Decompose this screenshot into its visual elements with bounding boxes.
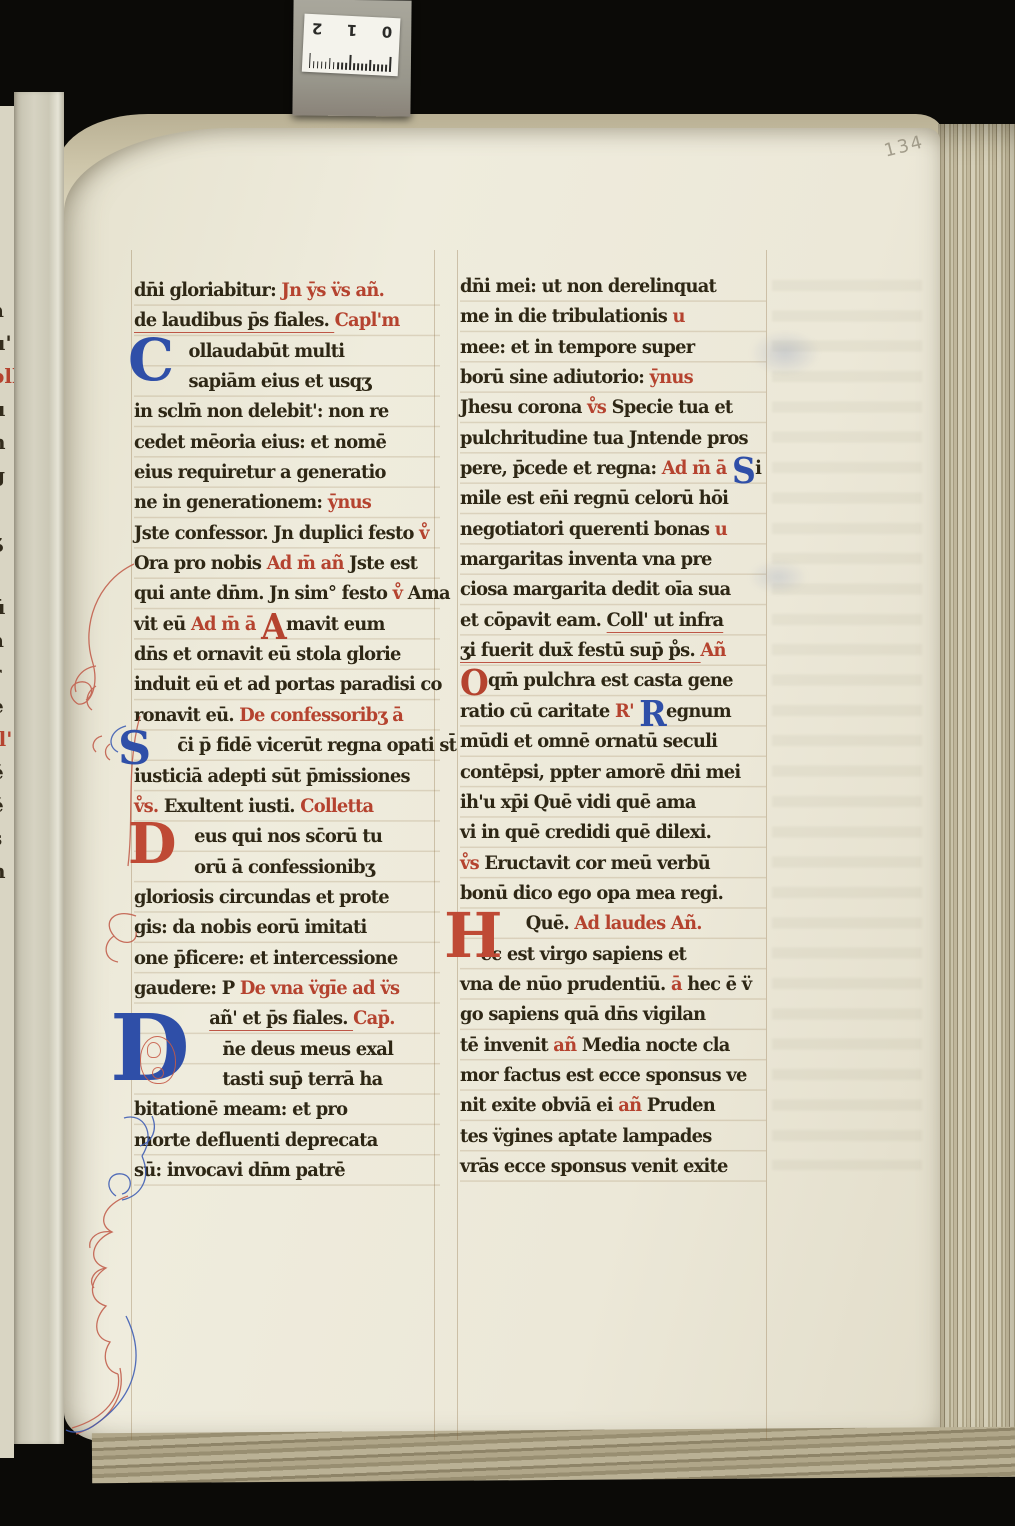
manuscript-line: c̄i p̄ fidē vicerūt regna opati st̄	[134, 731, 422, 761]
text-segment: Exultent iusti.	[164, 795, 300, 817]
text-segment: egnum	[666, 700, 731, 722]
ruler-tick	[321, 62, 323, 69]
manuscript-line: vna de nūo prudentiū. ā hec ē v̈	[460, 970, 748, 1000]
ruler-tick	[357, 63, 359, 70]
ruler-numbers: 2 1 0	[311, 19, 392, 41]
text-segment: ec est virgo sapiens et	[481, 943, 686, 965]
manuscript-line: qui ante dn̄m. Jn sim° festo v̊ Ama	[134, 579, 422, 609]
text-segment: Jn ȳs v̈s añ.	[281, 279, 384, 301]
text-segment: vi in quē credidi quē dilexi.	[460, 821, 711, 843]
manuscript-line: mūdi et omnē ornatū seculi	[460, 727, 748, 757]
clipped-letter: u'	[0, 328, 14, 361]
manuscript-line: mile est en̄i regnū celorū hōi	[460, 484, 748, 514]
manuscript-line: contēpsi, ppter amorē dn̄i mei	[460, 758, 748, 788]
facing-page-sliver: īau'oll'ungiʒlūārell'ēēsn	[0, 106, 14, 1458]
text-segment: Eructavit cor meū verbū	[484, 852, 710, 874]
text-segment: Jste confessor. Jn duplici festo	[134, 522, 419, 544]
manuscript-line: Oqm̄ pulchra est casta gene	[460, 666, 748, 696]
manuscript-line: Jste confessor. Jn duplici festo v̊	[134, 519, 422, 549]
text-segment: pulchritudine tua Jntende pros	[460, 427, 748, 449]
manuscript-line: et cōpavit eam. Coll' ut infra	[460, 606, 748, 636]
text-segment: induit eū et ad portas paradisi co	[134, 673, 442, 695]
text-segment: ratio cū caritate	[460, 700, 615, 722]
illuminated-initial: H	[444, 905, 503, 967]
clipped-letter: i	[0, 493, 14, 526]
text-segment: Ad m̄ ā	[662, 457, 732, 479]
text-segment: eius requiretur a generatio	[134, 461, 386, 483]
manuscript-line: de laudibus p̄s fiales. Capl'm	[134, 306, 422, 336]
text-segment: go sapiens quā dn̄s vigilan	[460, 1003, 705, 1025]
manuscript-line: ih'u xp̄i Quē vidi quē ama	[460, 788, 748, 818]
manuscript-line: sapiām eius et usqʒ	[134, 367, 422, 397]
text-segment: u	[673, 305, 685, 327]
manuscript-line: ʒi fuerit dux̄ festū sup̄ p̊s. Añ	[460, 636, 748, 666]
text-segment: Jhesu corona	[460, 396, 587, 418]
manuscript-line: pulchritudine tua Jntende pros	[460, 424, 748, 454]
text-segment: iusticiā adepti sūt p̄missiones	[134, 765, 410, 787]
text-segment: borū sine adiutorio:	[460, 366, 650, 388]
clipped-letter: g	[0, 460, 14, 493]
text-segment: i	[755, 457, 761, 479]
text-segment: nit exite obviā ei	[460, 1094, 618, 1116]
book-bottom-edge	[92, 1427, 1015, 1483]
text-segment: et cōpavit eam.	[460, 609, 607, 631]
facing-page-sliver-text: īau'oll'ungiʒlūārell'ēēsn	[0, 106, 14, 889]
manuscript-line: vi in quē credidi quē dilexi.	[460, 818, 748, 848]
text-segment: Ad m̄ añ	[267, 552, 349, 574]
manuscript-line: in sclm̄ non delebit': non re	[134, 397, 422, 427]
text-segment: Cap̄.	[353, 1007, 394, 1029]
ruler-ticks	[309, 52, 392, 72]
initial-penwork-infill	[140, 1036, 176, 1084]
text-segment: Capl'm	[335, 309, 400, 331]
ruler-tick	[361, 64, 363, 71]
text-segment: De confessoribʒ ā	[239, 704, 403, 726]
text-segment: mee: et in tempore super	[460, 336, 694, 358]
text-segment: ih'u xp̄i Quē vidi quē ama	[460, 791, 696, 813]
ruler-tick	[345, 63, 347, 70]
ruler-tick	[333, 62, 335, 69]
text-segment: ne in generationem:	[134, 491, 328, 513]
manuscript-line: eius requiretur a generatio	[134, 458, 422, 488]
text-segment: dn̄i mei: ut non derelinquat	[460, 275, 716, 297]
text-segment: tes v̈gines aptate lampades	[460, 1125, 712, 1147]
ruler-tick	[377, 64, 379, 71]
clipped-letter: ā	[0, 625, 14, 658]
clipped-letter: n	[0, 427, 14, 460]
text-segment: ciosa margarita dedit oīa sua	[460, 578, 730, 600]
manuscript-line: ne in generationem: ȳnus	[134, 488, 422, 518]
text-segment: vrās ecce sponsus venit exite	[460, 1155, 728, 1177]
manuscript-line: go sapiens quā dn̄s vigilan	[460, 1000, 748, 1030]
text-segment: mavit eum	[286, 613, 385, 635]
ruler-tick	[369, 60, 371, 71]
manuscript-line: cedet mēoria eius: et nomē	[134, 428, 422, 458]
illuminated-initial: C	[128, 331, 174, 389]
ruler-number: 1	[346, 21, 357, 39]
text-segment: Ad m̄ ā	[191, 613, 261, 635]
illuminated-initial: D	[128, 816, 177, 872]
text-segment: cedet mēoria eius: et nomē	[134, 431, 386, 453]
ruler-tick	[365, 64, 367, 71]
clipped-letter: ʒ	[0, 526, 14, 559]
manuscript-line: sū: invocavi dn̄m patrē	[134, 1156, 422, 1186]
manuscript-line: morte defluenti deprecata	[134, 1126, 422, 1156]
text-segment: tasti sup̄ terrā ha	[222, 1068, 382, 1090]
ruler-tick	[381, 64, 383, 71]
clipped-letter: n	[0, 856, 14, 889]
ruler-tick	[309, 53, 311, 68]
text-segment: v̊s	[587, 396, 611, 418]
text-segment: eus qui nos sc̄orū tu	[194, 825, 382, 847]
manuscript-line: Quē. Ad laudes Añ.	[460, 909, 748, 939]
text-segment: sapiām eius et usqʒ	[189, 370, 371, 392]
text-segment: negotiatori querenti bonas	[460, 518, 715, 540]
text-segment: vna de nūo prudentiū.	[460, 973, 671, 995]
manuscript-line: vrās ecce sponsus venit exite	[460, 1152, 748, 1182]
manuscript-line: gloriosis circundas et prote	[134, 883, 422, 913]
text-segment: dn̄i gloriabitur:	[134, 279, 281, 301]
clipped-letter: e	[0, 691, 14, 724]
manuscript-line: me in die tribulationis u	[460, 302, 748, 332]
manuscript-line: tē invenit añ Media nocte cla	[460, 1031, 748, 1061]
text-segment: me in die tribulationis	[460, 305, 673, 327]
text-segment: in sclm̄ non delebit': non re	[134, 400, 389, 422]
illuminated-initial: D	[110, 1002, 190, 1094]
text-segment: R'	[615, 700, 639, 722]
manuscript-line: v̊s Eructavit cor meū verbū	[460, 849, 748, 879]
text-segment: Pruden	[647, 1094, 715, 1116]
text-segment: orū ā confessionibʒ	[194, 856, 374, 878]
manuscript-line: eus qui nos sc̄orū tu	[134, 822, 422, 852]
text-segment: v̊	[419, 522, 429, 544]
clipped-letter: ū	[0, 592, 14, 625]
manuscript-line: dn̄s et ornavit eū stola glorie	[134, 640, 422, 670]
text-segment: Ad laudes Añ.	[574, 912, 701, 934]
ruler-number: 0	[381, 22, 392, 40]
text-segment: mile est en̄i regnū celorū hōi	[460, 487, 728, 509]
text-segment: dn̄s et ornavit eū stola glorie	[134, 643, 401, 665]
text-segment: Colletta	[300, 795, 373, 817]
text-segment: n̄e deus meus exal	[222, 1038, 393, 1060]
manuscript-line: nit exite obviā ei añ Pruden	[460, 1091, 748, 1121]
text-segment: Ama	[408, 582, 450, 604]
text-segment: margaritas inventa vna pre	[460, 548, 712, 570]
clipped-letter: r	[0, 658, 14, 691]
ruler-tick	[373, 64, 375, 71]
text-segment: u	[715, 518, 727, 540]
text-segment: añ' et p̄s fiales.	[209, 1007, 353, 1031]
text-segment: qm̄ pulchra est casta gene	[488, 670, 733, 692]
text-segment: Media nocte cla	[582, 1034, 730, 1056]
ruler-tick	[329, 58, 331, 69]
text-segment: pere, p̄cede et regna:	[460, 457, 662, 479]
ruler-tick	[385, 65, 387, 72]
manuscript-line: Ora pro nobis Ad m̄ añ Jste est	[134, 549, 422, 579]
manuscript-line: vit eū Ad m̄ ā Amavit eum	[134, 610, 422, 640]
manuscript-line: tes v̈gines aptate lampades	[460, 1122, 748, 1152]
manuscript-line: mee: et in tempore super	[460, 333, 748, 363]
text-segment: añ	[553, 1034, 582, 1056]
text-segment: hec ē v̈	[687, 973, 751, 995]
text-segment: Quē.	[526, 912, 575, 934]
text-segment: ʒi fuerit dux̄ festū sup̄ p̊s.	[460, 639, 700, 663]
ruler-number: 2	[311, 19, 322, 37]
manuscript-line: one p̄ficere: et intercessione	[134, 944, 422, 974]
manuscript-line: v̊s. Exultent iusti. Colletta	[134, 792, 422, 822]
manuscript-line: pere, p̄cede et regna: Ad m̄ ā Si	[460, 454, 748, 484]
manuscript-line: negotiatori querenti bonas u	[460, 515, 748, 545]
clipped-letter: ī	[0, 262, 14, 295]
text-segment: Jste est	[349, 552, 417, 574]
manuscript-line: iusticiā adepti sūt p̄missiones	[134, 762, 422, 792]
manuscript-line: ollaudabūt multi	[134, 337, 422, 367]
ruler-sticker: 2 1 0	[302, 14, 401, 77]
manuscript-line: ratio cū caritate R' Regnum	[460, 697, 748, 727]
text-segment: ȳnus	[650, 366, 693, 388]
clipped-letter: ll'	[0, 724, 14, 757]
text-segment: Añ	[700, 639, 725, 661]
manuscript-line: dn̄i mei: ut non derelinquat	[460, 272, 748, 302]
text-segment: ȳnus	[328, 491, 371, 513]
manuscript-line: gis: da nobis eorū imitati	[134, 913, 422, 943]
clipped-letter: ē	[0, 790, 14, 823]
text-segment: mūdi et omnē ornatū seculi	[460, 730, 717, 752]
manuscript-line: orū ā confessionibʒ	[134, 853, 422, 883]
text-segment: v̊	[393, 582, 408, 604]
text-segment: mor factus est ecce sponsus ve	[460, 1064, 747, 1086]
ruler-tick	[389, 57, 391, 72]
ruler-clamp: 2 1 0	[292, 0, 411, 117]
manuscript-photo: īau'oll'ungiʒlūārell'ēēsn 134	[0, 0, 1015, 1526]
clipped-letter: u	[0, 394, 14, 427]
manuscript-line: ronavit eū. De confessoribʒ ā	[134, 701, 422, 731]
ruling-vertical-line	[457, 250, 458, 1440]
text-segment: morte defluenti deprecata	[134, 1129, 378, 1151]
text-segment: gloriosis circundas et prote	[134, 886, 389, 908]
manuscript-line: Jhesu corona v̊s Specie tua et	[460, 393, 748, 423]
manuscript-line: ec est virgo sapiens et	[460, 940, 748, 970]
text-segment: one p̄ficere: et intercessione	[134, 947, 397, 969]
text-column-right: dn̄i mei: ut non derelinquatme in die tr…	[460, 272, 766, 1182]
clipped-letter: l	[0, 559, 14, 592]
ruler-tick	[325, 62, 327, 69]
clipped-letter: ē	[0, 757, 14, 790]
clipped-letter: oll'	[0, 361, 14, 394]
manuscript-line: ciosa margarita dedit oīa sua	[460, 575, 748, 605]
ruler-tick	[313, 61, 315, 68]
text-segment: v̊s	[460, 852, 484, 874]
text-segment: tē invenit	[460, 1034, 553, 1056]
ruler-tick	[349, 55, 351, 70]
ruling-vertical-line	[766, 250, 767, 1440]
text-segment: contēpsi, ppter amorē dn̄i mei	[460, 761, 740, 783]
bleedthrough-ghost	[772, 280, 922, 1170]
ruler-tick	[317, 61, 319, 68]
manuscript-line: borū sine adiutorio: ȳnus	[460, 363, 748, 393]
ruler-tick	[341, 63, 343, 70]
text-segment: c̄i p̄ fidē vicerūt regna opati st̄	[177, 734, 456, 756]
text-segment: gis: da nobis eorū imitati	[134, 916, 367, 938]
illuminated-initial: S	[118, 725, 151, 771]
ruler-tick	[337, 62, 339, 69]
text-segment: qui ante dn̄m. Jn sim° festo	[134, 582, 393, 604]
manuscript-line: mor factus est ecce sponsus ve	[460, 1061, 748, 1091]
text-segment: ollaudabūt multi	[189, 340, 345, 362]
text-segment: ā	[671, 973, 687, 995]
text-segment: añ	[618, 1094, 647, 1116]
manuscript-line: bonū dico ego opa mea regi.	[460, 879, 748, 909]
ruler-tick	[353, 63, 355, 70]
text-segment: Coll' ut infra	[607, 609, 724, 633]
manuscript-line: induit eū et ad portas paradisi co	[134, 670, 422, 700]
manuscript-line: dn̄i gloriabitur: Jn ȳs v̈s añ.	[134, 276, 422, 306]
text-segment: Specie tua et	[612, 396, 733, 418]
clipped-letter: a	[0, 295, 14, 328]
book-fore-edge	[938, 124, 1015, 1476]
text-column-left: dn̄i gloriabitur: Jn ȳs v̈s añ.de laudib…	[134, 276, 440, 1186]
clipped-letter: s	[0, 823, 14, 856]
manuscript-line: margaritas inventa vna pre	[460, 545, 748, 575]
text-segment: De vna v̈gīe ad v̈s	[240, 977, 399, 999]
